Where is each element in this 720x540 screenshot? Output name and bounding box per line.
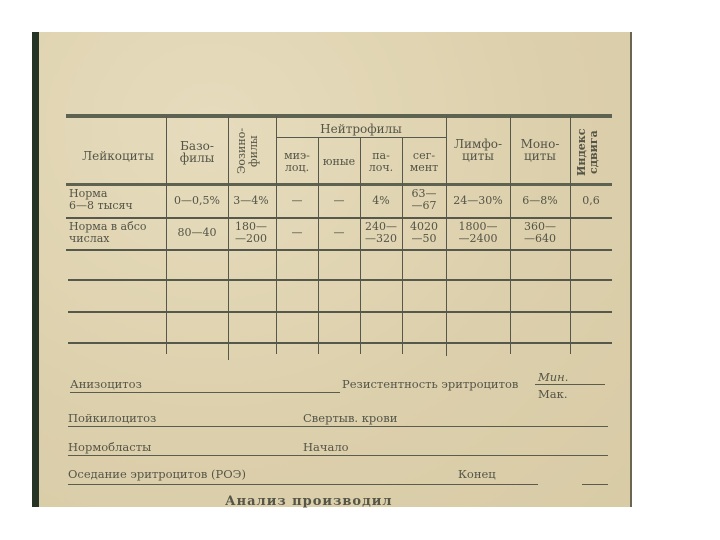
poikilocytosis-field[interactable] xyxy=(68,426,608,427)
cell-young: — xyxy=(318,227,360,239)
col-line xyxy=(318,138,319,354)
cell-eosinophils: 3—4% xyxy=(226,195,276,207)
header-shift-index: Индекс сдвига xyxy=(576,122,606,182)
header-young: юные xyxy=(318,156,360,168)
resistance-max-label: Мак. xyxy=(538,387,567,401)
normoblasts-label: Нормобласты xyxy=(68,440,151,454)
col-line xyxy=(570,116,571,354)
paper-form-page xyxy=(32,32,632,507)
row-divider-1 xyxy=(66,217,612,219)
resistance-label: Резистентность эритроцитов xyxy=(342,377,518,391)
cell-basophils: 80—40 xyxy=(166,227,228,239)
neutrophils-group-rule xyxy=(276,137,446,138)
anisocytosis-field[interactable] xyxy=(70,392,340,393)
row-divider-2 xyxy=(66,249,612,251)
cell-eosinophils: 180— —200 xyxy=(226,221,276,245)
cell-band: 4% xyxy=(360,195,402,207)
cell-shift-index: 0,6 xyxy=(570,195,612,207)
header-lymphocytes: Лимфо- циты xyxy=(446,138,510,162)
cell-myelocytes: — xyxy=(276,195,318,207)
header-eosinophils: Эозино- филы xyxy=(236,120,266,182)
binding-spine xyxy=(32,32,39,507)
row-divider-3 xyxy=(68,279,612,281)
row-label: Норма 6—8 тысяч xyxy=(69,188,165,212)
header-segmented: сег- мент xyxy=(402,150,446,174)
esr-field[interactable] xyxy=(68,484,538,485)
cell-monocytes: 6—8% xyxy=(510,195,570,207)
clotting-end-field[interactable] xyxy=(582,484,608,485)
esr-label: Оседание эритроцитов (РОЭ) xyxy=(68,467,246,481)
header-monocytes: Моно- циты xyxy=(510,138,570,162)
row-divider-5 xyxy=(68,342,612,344)
poikilocytosis-label: Пойкилоцитоз xyxy=(68,411,156,425)
header-myelocytes: миэ- лоц. xyxy=(276,150,318,174)
cell-segmented: 63— —67 xyxy=(402,188,446,212)
cell-segmented: 4020 —50 xyxy=(402,221,446,245)
header-neutrophils: Нейтрофилы xyxy=(276,123,446,135)
table-top-border xyxy=(66,114,612,118)
cell-lymphocytes: 24—30% xyxy=(446,195,510,207)
header-basophils: Базо- филы xyxy=(166,140,228,164)
cell-monocytes: 360— —640 xyxy=(510,221,570,245)
cell-basophils: 0—0,5% xyxy=(166,195,228,207)
anisocytosis-label: Анизоцитоз xyxy=(70,377,142,391)
row-label: Норма в абсо числах xyxy=(69,221,165,245)
header-bottom-border xyxy=(66,183,612,186)
header-leukocytes: Лейкоциты xyxy=(70,150,166,162)
header-band: па- лоч. xyxy=(360,150,402,174)
cell-myelocytes: — xyxy=(276,227,318,239)
cell-young: — xyxy=(318,195,360,207)
clotting-start-label: Начало xyxy=(303,440,349,454)
cell-band: 240— —320 xyxy=(360,221,402,245)
next-section-title: Анализ производил xyxy=(225,494,393,509)
normoblasts-field[interactable] xyxy=(68,455,608,456)
row-divider-4 xyxy=(68,311,612,313)
resistance-min-label: Мин. xyxy=(538,370,568,384)
blood-clotting-label: Свертыв. крови xyxy=(303,411,397,425)
cell-lymphocytes: 1800— —2400 xyxy=(446,221,510,245)
page-edge xyxy=(630,32,632,507)
resistance-fraction-bar[interactable] xyxy=(535,384,605,385)
clotting-end-label: Конец xyxy=(458,467,496,481)
